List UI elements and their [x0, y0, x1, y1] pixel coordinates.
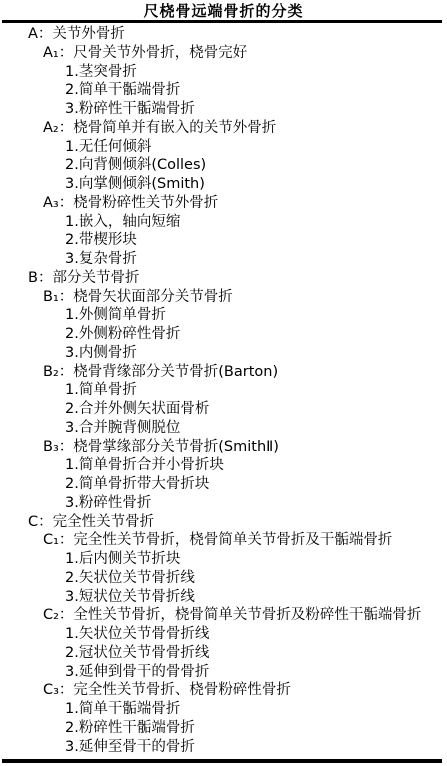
outline-item: C₂：全性关节骨折，桡骨简单关节骨折及粉碎性干骺端骨折: [0, 606, 447, 625]
outline-item: 1.嵌入，轴向短缩: [0, 213, 447, 232]
outline-item: 3.延伸到骨干的骨骨折: [0, 663, 447, 682]
outline-item: A₃：桡骨粉碎性关节外骨折: [0, 194, 447, 213]
outline-item: 3.合并腕背侧脱位: [0, 419, 447, 438]
outline-item: 1.简单骨折: [0, 381, 447, 400]
outline-item: B：部分关节骨折: [0, 269, 447, 288]
outline-item: 3.粉碎性骨折: [0, 494, 447, 513]
outline-item: 2.带楔形块: [0, 231, 447, 250]
outline-item: 1.简单干骺端骨折: [0, 700, 447, 719]
outline-item: C₃：完全性关节骨折、桡骨粉碎性骨折: [0, 681, 447, 700]
outline-item: 2.简单干骺端骨折: [0, 81, 447, 100]
outline-item: A₁：尺骨关节外骨折，桡骨完好: [0, 44, 447, 63]
outline-item: 2.外侧粉碎性骨折: [0, 325, 447, 344]
outline-item: 2.冠状位关节骨骨折线: [0, 644, 447, 663]
outline-item: 1.无任何倾斜: [0, 138, 447, 157]
outline-item: B₃：桡骨掌缘部分关节骨折(SmithⅡ): [0, 438, 447, 457]
classification-document: 尺桡骨远端骨折的分类 A：关节外骨折A₁：尺骨关节外骨折，桡骨完好1.茎突骨折2…: [0, 0, 447, 766]
outline-item: 2.向背侧倾斜(Colles): [0, 156, 447, 175]
title-rule: [2, 20, 442, 23]
outline-item: 1.后内侧关节折块: [0, 550, 447, 569]
outline-item: 1.外侧简单骨折: [0, 306, 447, 325]
outline-item: 3.向掌侧倾斜(Smith): [0, 175, 447, 194]
outline-item: 2.矢状位关节骨折线: [0, 569, 447, 588]
outline-item: B₂：桡骨背缘部分关节骨折(Barton): [0, 363, 447, 382]
outline-item: C：完全性关节骨折: [0, 513, 447, 532]
outline-item: 1.简单骨折合并小骨折块: [0, 456, 447, 475]
outline-item: 3.短状位关节骨折线: [0, 588, 447, 607]
outline-item: 2.简单骨折带大骨折块: [0, 475, 447, 494]
outline-item: 3.内侧骨折: [0, 344, 447, 363]
outline-item: 2.粉碎性干骺端骨折: [0, 719, 447, 738]
page-title: 尺桡骨远端骨折的分类: [0, 2, 447, 20]
outline-item: 3.延伸至骨干的骨折: [0, 738, 447, 757]
outline-item: C₁：完全性关节骨折，桡骨简单关节骨折及干骺端骨折: [0, 531, 447, 550]
outline-item: A：关节外骨折: [0, 25, 447, 44]
outline-item: 2.合并外侧矢状面骨析: [0, 400, 447, 419]
outline-item: B₁：桡骨矢状面部分关节骨折: [0, 288, 447, 307]
outline-item: 3.粉碎性干骺端骨折: [0, 100, 447, 119]
outline-item: 3.复杂骨折: [0, 250, 447, 269]
outline-item: 1.茎突骨折: [0, 63, 447, 82]
outline-item: 1.矢状位关节骨骨折线: [0, 625, 447, 644]
bottom-rule: [2, 759, 442, 763]
outline-list: A：关节外骨折A₁：尺骨关节外骨折，桡骨完好1.茎突骨折2.简单干骺端骨折3.粉…: [0, 25, 447, 756]
outline-item: A₂：桡骨简单并有嵌入的关节外骨折: [0, 119, 447, 138]
